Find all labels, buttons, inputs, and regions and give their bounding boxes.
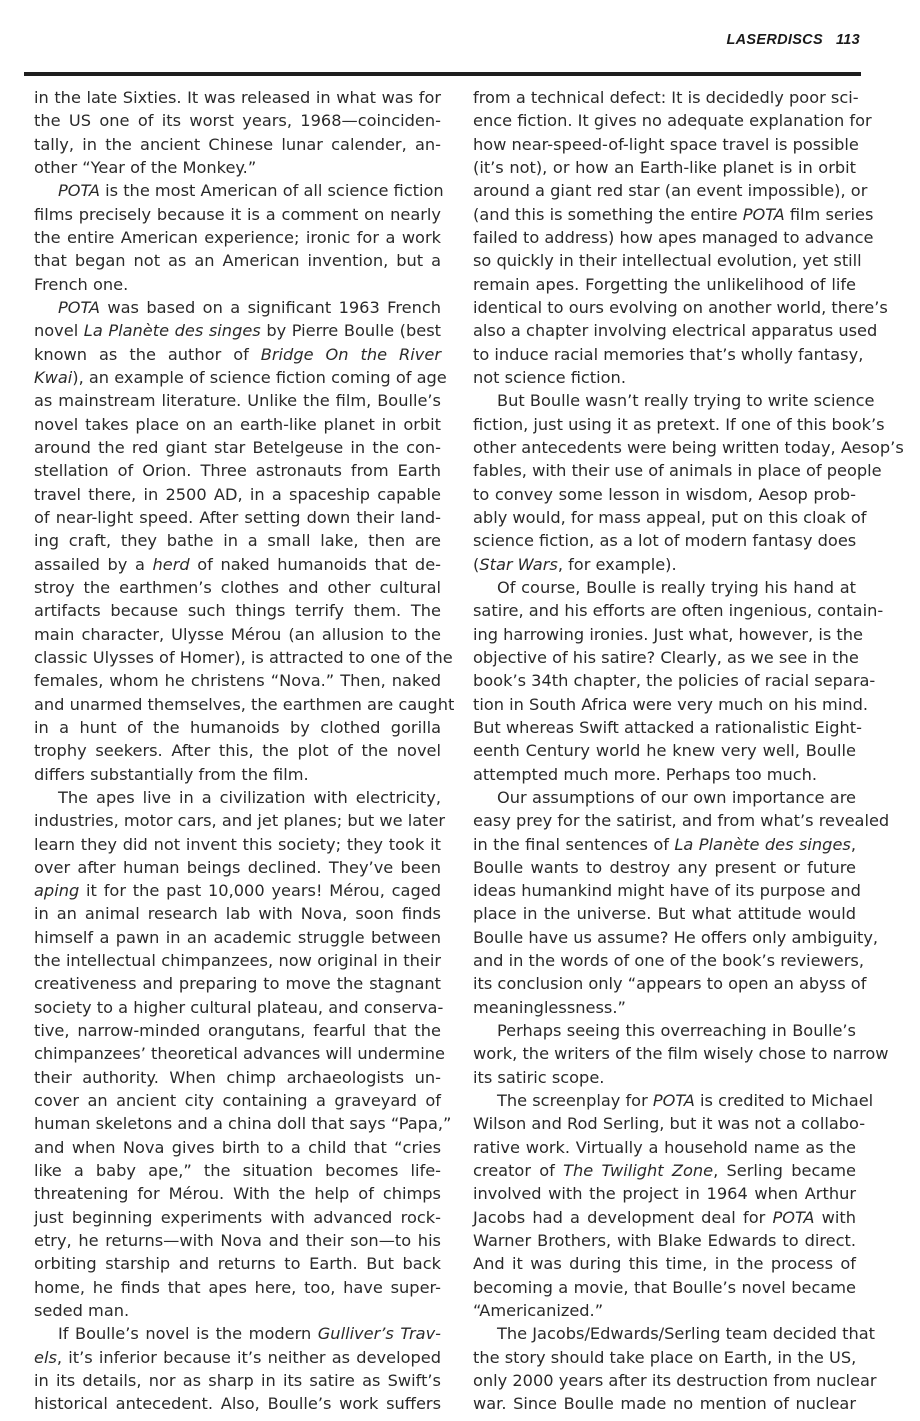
text-line: to convey some lesson in wisdom, Aesop p… <box>473 483 856 506</box>
header-rule <box>24 72 861 76</box>
text-line: himself a pawn in an academic struggle b… <box>34 926 441 949</box>
text-line: industries, motor cars, and jet planes; … <box>34 809 441 832</box>
text: orbiting starship and returns to Earth. … <box>34 1254 441 1273</box>
text-line: seded man. <box>34 1299 441 1322</box>
text: films precisely because it is a comment … <box>34 205 441 224</box>
text: The apes live in a civilization with ele… <box>58 788 441 807</box>
text-line: cover an ancient city containing a grave… <box>34 1089 441 1112</box>
text: French one. <box>34 275 128 294</box>
text: creator of <box>473 1161 563 1180</box>
text: not science fiction. <box>473 368 626 387</box>
text-line: human skeletons and a china doll that sa… <box>34 1112 441 1135</box>
text: classic Ulysses of Homer), is attracted … <box>34 648 453 667</box>
text-line: other “Year of the Monkey.” <box>34 156 441 179</box>
text: to induce racial memories that’s wholly … <box>473 345 863 364</box>
text: other “Year of the Monkey.” <box>34 158 256 177</box>
text-line: fiction, just using it as pretext. If on… <box>473 413 856 436</box>
text: Of course, Boulle is really trying his h… <box>497 578 856 597</box>
right-column: from a technical defect: It is decidedly… <box>473 86 856 1416</box>
text: , Serling became <box>713 1161 856 1180</box>
text-line: The apes live in a civilization with ele… <box>34 786 441 809</box>
italic-text: POTA <box>743 205 785 224</box>
text: home, he finds that apes here, too, have… <box>34 1278 441 1297</box>
text: involved with the project in 1964 when A… <box>473 1184 856 1203</box>
text: ably would, for mass appeal, put on this… <box>473 508 867 527</box>
text-line: known as the author of Bridge On the Riv… <box>34 343 441 366</box>
text: in an animal research lab with Nova, soo… <box>34 904 441 923</box>
text: from a technical defect: It is decidedly… <box>473 88 859 107</box>
text-line: POTA was based on a significant 1963 Fre… <box>34 296 441 319</box>
text-line: French one. <box>34 273 441 296</box>
text: Jacobs had a development deal for <box>473 1208 772 1227</box>
text-line: from a technical defect: It is decidedly… <box>473 86 856 109</box>
text: that began not as an American invention,… <box>34 251 441 270</box>
running-header: LASERDISCS 113 <box>0 32 860 48</box>
text: the entire American experience; ironic f… <box>34 228 441 247</box>
text: novel takes place on an earth-like plane… <box>34 415 441 434</box>
text: novel <box>34 321 84 340</box>
italic-text: Star Wars <box>479 555 557 574</box>
text: females, whom he christens “Nova.” Then,… <box>34 671 441 690</box>
text: The Jacobs/Edwards/Serling team decided … <box>497 1324 875 1343</box>
text: like a baby ape,” the situation becomes … <box>34 1161 441 1180</box>
text: artifacts because such things terrify th… <box>34 601 441 620</box>
text-line: stellation of Orion. Three astronauts fr… <box>34 459 441 482</box>
left-column: in the late Sixties. It was released in … <box>34 86 441 1416</box>
text-line: travel there, in 2500 AD, in a spaceship… <box>34 483 441 506</box>
text: their authority. When chimp archaeologis… <box>34 1068 441 1087</box>
text: eenth Century world he knew very well, B… <box>473 741 856 760</box>
text: ing craft, they bathe in a small lake, t… <box>34 531 441 550</box>
text: Perhaps seeing this overreaching in Boul… <box>497 1021 856 1040</box>
text: was based on a significant 1963 French <box>100 298 441 317</box>
text: tive, narrow-minded orangutans, fearful … <box>34 1021 441 1040</box>
text-line: If Boulle’s novel is the modern Gulliver… <box>34 1322 441 1345</box>
text-line: that began not as an American invention,… <box>34 249 441 272</box>
text-line: like a baby ape,” the situation becomes … <box>34 1159 441 1182</box>
italic-text: Gulliver’s Trav- <box>318 1324 441 1343</box>
italic-text: els <box>34 1348 57 1367</box>
text-line: around a giant red star (an event imposs… <box>473 179 856 202</box>
italic-text: The Twilight Zone <box>563 1161 713 1180</box>
text: satire, and his efforts are often ingeni… <box>473 601 883 620</box>
text-line: main character, Ulysse Mérou (an allusio… <box>34 623 441 646</box>
text: science fiction, as a lot of modern fant… <box>473 531 856 550</box>
text-line: failed to address) how apes managed to a… <box>473 226 856 249</box>
text: , it’s inferior because it’s neither as … <box>57 1348 441 1367</box>
text-line: (and this is something the entire POTA f… <box>473 203 856 226</box>
text-line: the entire American experience; ironic f… <box>34 226 441 249</box>
text-line: war. Since Boulle made no mention of nuc… <box>473 1392 856 1415</box>
text: main character, Ulysse Mérou (an allusio… <box>34 625 441 644</box>
text: and when Nova gives birth to a child tha… <box>34 1138 441 1157</box>
text-line: Boulle wants to destroy any present or f… <box>473 856 856 879</box>
text-line: The Jacobs/Edwards/Serling team decided … <box>473 1322 856 1345</box>
text: only 2000 years after its destruction fr… <box>473 1371 877 1390</box>
text: failed to address) how apes managed to a… <box>473 228 873 247</box>
text-line: other antecedents were being written tod… <box>473 436 856 459</box>
text: of near-light speed. After setting down … <box>34 508 441 527</box>
italic-text: aping <box>34 881 79 900</box>
text-line: tive, narrow-minded orangutans, fearful … <box>34 1019 441 1042</box>
text: meaninglessness.” <box>473 998 626 1017</box>
text-line: objective of his satire? Clearly, as we … <box>473 646 856 669</box>
text: identical to ours evolving on another wo… <box>473 298 888 317</box>
text-line: Kwai), an example of science fiction com… <box>34 366 441 389</box>
text-line: its conclusion only “appears to open an … <box>473 972 856 995</box>
text-line: the intellectual chimpanzees, now origin… <box>34 949 441 972</box>
text-line: chimpanzees’ theoretical advances will u… <box>34 1042 441 1065</box>
text: over after human beings declined. They’v… <box>34 858 441 877</box>
text-line: around the red giant star Betelgeuse in … <box>34 436 441 459</box>
text: the US one of its worst years, 1968—coin… <box>34 111 441 130</box>
text-line: creator of The Twilight Zone, Serling be… <box>473 1159 856 1182</box>
italic-text: La Planète des singes <box>674 835 850 854</box>
text-line: involved with the project in 1964 when A… <box>473 1182 856 1205</box>
text-line: Wilson and Rod Serling, but it was not a… <box>473 1112 856 1135</box>
text: by Pierre Boulle (best <box>261 321 441 340</box>
text-line: in its details, nor as sharp in its sati… <box>34 1369 441 1392</box>
text-line: historical antecedent. Also, Boulle’s wo… <box>34 1392 441 1415</box>
text: work, the writers of the film wisely cho… <box>473 1044 889 1063</box>
text: And it was during this time, in the proc… <box>473 1254 856 1273</box>
text: But whereas Swift attacked a rationalist… <box>473 718 862 737</box>
text: Warner Brothers, with Blake Edwards to d… <box>473 1231 856 1250</box>
text-line: The screenplay for POTA is credited to M… <box>473 1089 856 1112</box>
text: Wilson and Rod Serling, but it was not a… <box>473 1114 865 1133</box>
text: rative work. Virtually a household name … <box>473 1138 856 1157</box>
text: chimpanzees’ theoretical advances will u… <box>34 1044 445 1063</box>
text: its satiric scope. <box>473 1068 604 1087</box>
text-line: (it’s not), or how an Earth-like planet … <box>473 156 856 179</box>
text-line: the US one of its worst years, 1968—coin… <box>34 109 441 132</box>
text: film series <box>785 205 874 224</box>
text: , <box>851 835 856 854</box>
text-line: work, the writers of the film wisely cho… <box>473 1042 856 1065</box>
italic-text: POTA <box>58 181 100 200</box>
text-line: ably would, for mass appeal, put on this… <box>473 506 856 529</box>
text-line: females, whom he christens “Nova.” Then,… <box>34 669 441 692</box>
text-line: But whereas Swift attacked a rationalist… <box>473 716 856 739</box>
text: “Americanized.” <box>473 1301 603 1320</box>
text-line: in a hunt of the humanoids by clothed go… <box>34 716 441 739</box>
italic-text: Bridge On the River <box>261 345 441 364</box>
text: of naked humanoids that de- <box>190 555 441 574</box>
text-line: and unarmed themselves, the earthmen are… <box>34 693 441 716</box>
text-line: Perhaps seeing this overreaching in Boul… <box>473 1019 856 1042</box>
text: ing harrowing ironies. Just what, howeve… <box>473 625 863 644</box>
text: stroy the earthmen’s clothes and other c… <box>34 578 441 597</box>
text-line: attempted much more. Perhaps too much. <box>473 763 856 786</box>
text-line: artifacts because such things terrify th… <box>34 599 441 622</box>
text-line: ence fiction. It gives no adequate expla… <box>473 109 856 132</box>
text-line: aping it for the past 10,000 years! Méro… <box>34 879 441 902</box>
text-line: But Boulle wasn’t really trying to write… <box>473 389 856 412</box>
text-line: films precisely because it is a comment … <box>34 203 441 226</box>
text-line: eenth Century world he knew very well, B… <box>473 739 856 762</box>
text-line: the story should take place on Earth, in… <box>473 1346 856 1369</box>
text-line: fables, with their use of animals in pla… <box>473 459 856 482</box>
text: ideas humankind might have of its purpos… <box>473 881 861 900</box>
text: in the final sentences of <box>473 835 674 854</box>
text: Our assumptions of our own importance ar… <box>497 788 856 807</box>
text-line: Our assumptions of our own importance ar… <box>473 786 856 809</box>
text: and unarmed themselves, the earthmen are… <box>34 695 454 714</box>
text: in the late Sixties. It was released in … <box>34 88 441 107</box>
text-line: easy prey for the satirist, and from wha… <box>473 809 856 832</box>
text-line: els, it’s inferior because it’s neither … <box>34 1346 441 1369</box>
text: the story should take place on Earth, in… <box>473 1348 856 1367</box>
text: society to a higher cultural plateau, an… <box>34 998 443 1017</box>
text-line: tally, in the ancient Chinese lunar cale… <box>34 133 441 156</box>
text: ), an example of science fiction coming … <box>72 368 446 387</box>
section-title: LASERDISCS <box>726 32 822 48</box>
text: and in the words of one of the book’s re… <box>473 951 864 970</box>
text: Boulle have us assume? He offers only am… <box>473 928 878 947</box>
text: to convey some lesson in wisdom, Aesop p… <box>473 485 856 504</box>
text: differs substantially from the film. <box>34 765 309 784</box>
text: human skeletons and a china doll that sa… <box>34 1114 451 1133</box>
text-line: not science fiction. <box>473 366 856 389</box>
text-line: Jacobs had a development deal for POTA w… <box>473 1206 856 1229</box>
text: threatening for Mérou. With the help of … <box>34 1184 441 1203</box>
italic-text: Kwai <box>34 368 72 387</box>
text-line: identical to ours evolving on another wo… <box>473 296 856 319</box>
text-line: differs substantially from the film. <box>34 763 441 786</box>
text-line: threatening for Mérou. With the help of … <box>34 1182 441 1205</box>
text: it for the past 10,000 years! Mérou, cag… <box>79 881 441 900</box>
text-line: (Star Wars, for example). <box>473 553 856 576</box>
text: as mainstream literature. Unlike the fil… <box>34 391 441 410</box>
text: ence fiction. It gives no adequate expla… <box>473 111 872 130</box>
text-line: classic Ulysses of Homer), is attracted … <box>34 646 441 669</box>
text-line: novel takes place on an earth-like plane… <box>34 413 441 436</box>
text-line: trophy seekers. After this, the plot of … <box>34 739 441 762</box>
text: in its details, nor as sharp in its sati… <box>34 1371 441 1390</box>
text: The screenplay for <box>497 1091 653 1110</box>
text-line: ing harrowing ironies. Just what, howeve… <box>473 623 856 646</box>
text: also a chapter involving electrical appa… <box>473 321 877 340</box>
text-line: place in the universe. But what attitude… <box>473 902 856 925</box>
text-line: in the late Sixties. It was released in … <box>34 86 441 109</box>
text-line: to induce racial memories that’s wholly … <box>473 343 856 366</box>
text-line: their authority. When chimp archaeologis… <box>34 1066 441 1089</box>
text: etry, he returns—with Nova and their son… <box>34 1231 441 1250</box>
text-line: just beginning experiments with advanced… <box>34 1206 441 1229</box>
text-line: over after human beings declined. They’v… <box>34 856 441 879</box>
text: its conclusion only “appears to open an … <box>473 974 866 993</box>
text: with <box>814 1208 856 1227</box>
text-line: learn they did not invent this society; … <box>34 833 441 856</box>
page-number: 113 <box>836 32 860 48</box>
text: creativeness and preparing to move the s… <box>34 974 441 993</box>
text-line: in an animal research lab with Nova, soo… <box>34 902 441 925</box>
text: fiction, just using it as pretext. If on… <box>473 415 885 434</box>
italic-text: La Planète des singes <box>84 321 261 340</box>
text-line: And it was during this time, in the proc… <box>473 1252 856 1275</box>
text-line: tion in South Africa were very much on h… <box>473 693 856 716</box>
text: book’s 34th chapter, the policies of rac… <box>473 671 875 690</box>
text: cover an ancient city containing a grave… <box>34 1091 441 1110</box>
text: industries, motor cars, and jet planes; … <box>34 811 445 830</box>
text-line: its satiric scope. <box>473 1066 856 1089</box>
text-line: rative work. Virtually a household name … <box>473 1136 856 1159</box>
text: seded man. <box>34 1301 129 1320</box>
text: the intellectual chimpanzees, now origin… <box>34 951 441 970</box>
text-line: satire, and his efforts are often ingeni… <box>473 599 856 622</box>
text-line: Of course, Boulle is really trying his h… <box>473 576 856 599</box>
text: in a hunt of the humanoids by clothed go… <box>34 718 441 737</box>
italic-text: herd <box>153 555 190 574</box>
text: attempted much more. Perhaps too much. <box>473 765 817 784</box>
text: trophy seekers. After this, the plot of … <box>34 741 441 760</box>
text-line: remain apes. Forgetting the unlikelihood… <box>473 273 856 296</box>
text-line: how near-speed-of-light space travel is … <box>473 133 856 156</box>
text-line: Boulle have us assume? He offers only am… <box>473 926 856 949</box>
text-line: POTA is the most American of all science… <box>34 179 441 202</box>
text-line: also a chapter involving electrical appa… <box>473 319 856 342</box>
text: so quickly in their intellectual evoluti… <box>473 251 862 270</box>
italic-text: POTA <box>653 1091 695 1110</box>
text: around a giant red star (an event imposs… <box>473 181 867 200</box>
text-line: meaninglessness.” <box>473 996 856 1019</box>
text: But Boulle wasn’t really trying to write… <box>497 391 875 410</box>
text: stellation of Orion. Three astronauts fr… <box>34 461 441 480</box>
text: is credited to Michael <box>695 1091 873 1110</box>
text: tion in South Africa were very much on h… <box>473 695 868 714</box>
italic-text: POTA <box>58 298 100 317</box>
text: is the most American of all science fict… <box>100 181 444 200</box>
text-line: stroy the earthmen’s clothes and other c… <box>34 576 441 599</box>
text-line: as mainstream literature. Unlike the fil… <box>34 389 441 412</box>
text: himself a pawn in an academic struggle b… <box>34 928 441 947</box>
text-line: book’s 34th chapter, the policies of rac… <box>473 669 856 692</box>
text: easy prey for the satirist, and from wha… <box>473 811 889 830</box>
text-line: novel La Planète des singes by Pierre Bo… <box>34 319 441 342</box>
text-line: so quickly in their intellectual evoluti… <box>473 249 856 272</box>
text-line: ing craft, they bathe in a small lake, t… <box>34 529 441 552</box>
text: just beginning experiments with advanced… <box>34 1208 441 1227</box>
text: learn they did not invent this society; … <box>34 835 441 854</box>
text: If Boulle’s novel is the modern <box>58 1324 318 1343</box>
text: (and this is something the entire <box>473 205 743 224</box>
text-line: orbiting starship and returns to Earth. … <box>34 1252 441 1275</box>
text-line: science fiction, as a lot of modern fant… <box>473 529 856 552</box>
text: Boulle wants to destroy any present or f… <box>473 858 856 877</box>
text: travel there, in 2500 AD, in a spaceship… <box>34 485 441 504</box>
text: place in the universe. But what attitude… <box>473 904 856 923</box>
text-line: home, he finds that apes here, too, have… <box>34 1276 441 1299</box>
text-line: becoming a movie, that Boulle’s novel be… <box>473 1276 856 1299</box>
text-line: creativeness and preparing to move the s… <box>34 972 441 995</box>
text: (it’s not), or how an Earth-like planet … <box>473 158 856 177</box>
text-line: only 2000 years after its destruction fr… <box>473 1369 856 1392</box>
text-line: of near-light speed. After setting down … <box>34 506 441 529</box>
text: tally, in the ancient Chinese lunar cale… <box>34 135 441 154</box>
italic-text: POTA <box>772 1208 814 1227</box>
text-line: Warner Brothers, with Blake Edwards to d… <box>473 1229 856 1252</box>
text: fables, with their use of animals in pla… <box>473 461 882 480</box>
text-line: and when Nova gives birth to a child tha… <box>34 1136 441 1159</box>
text-line: “Americanized.” <box>473 1299 856 1322</box>
text: assailed by a <box>34 555 153 574</box>
text-line: ideas humankind might have of its purpos… <box>473 879 856 902</box>
text: known as the author of <box>34 345 261 364</box>
text: remain apes. Forgetting the unlikelihood… <box>473 275 856 294</box>
text: how near-speed-of-light space travel is … <box>473 135 859 154</box>
text: objective of his satire? Clearly, as we … <box>473 648 859 667</box>
text-line: etry, he returns—with Nova and their son… <box>34 1229 441 1252</box>
text-line: and in the words of one of the book’s re… <box>473 949 856 972</box>
text-line: in the final sentences of La Planète des… <box>473 833 856 856</box>
text: historical antecedent. Also, Boulle’s wo… <box>34 1394 441 1413</box>
text: becoming a movie, that Boulle’s novel be… <box>473 1278 856 1297</box>
text: other antecedents were being written tod… <box>473 438 904 457</box>
text: war. Since Boulle made no mention of nuc… <box>473 1394 856 1413</box>
text: around the red giant star Betelgeuse in … <box>34 438 441 457</box>
text-line: assailed by a herd of naked humanoids th… <box>34 553 441 576</box>
text-line: society to a higher cultural plateau, an… <box>34 996 441 1019</box>
text: , for example). <box>558 555 677 574</box>
